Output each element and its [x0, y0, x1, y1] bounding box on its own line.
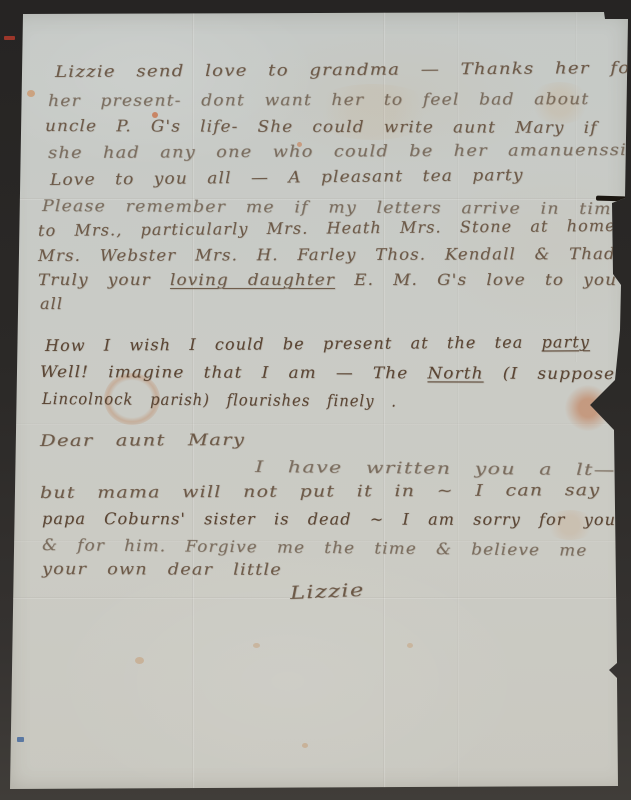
underlined-words: loving daughter: [170, 270, 335, 289]
stain-speck: [407, 643, 413, 648]
letter-photo: Lizzie send love to grandma — Thanks her…: [0, 0, 631, 800]
letter-line-17: papa Coburns' sister is dead ~ I am sorr…: [42, 509, 616, 529]
line-segment: E. M. G's love to you: [335, 270, 617, 289]
stain-speck: [253, 643, 260, 648]
letter-line-7: to Mrs., particularly Mrs. Heath Mrs. St…: [38, 216, 616, 240]
letter-line-6: Please remember me if my letters arrive …: [42, 196, 623, 218]
letter-line-18: & for him. Forgive me the time & believe…: [42, 535, 588, 560]
red-mark: [4, 36, 15, 40]
letter-line-4: she had any one who could be her amanuen…: [48, 140, 631, 162]
letter-line-1: Lizzie send love to grandma — Thanks her…: [55, 58, 631, 81]
letter-line-15: I have written you a lt—: [255, 457, 616, 479]
letter-paper: Lizzie send love to grandma — Thanks her…: [8, 12, 630, 790]
line-segment: Truly your: [38, 270, 170, 289]
letter-line-3: uncle P. G's life- She could write aunt …: [45, 116, 598, 137]
stain-speck: [27, 90, 35, 97]
letter-line-2: her present- dont want her to feel bad a…: [48, 89, 589, 110]
signature: Lizzie: [290, 580, 365, 604]
letter-line-13: Lincolnock parish) flourishes finely .: [42, 389, 397, 410]
line-segment: (I suppose: [484, 364, 615, 383]
underlined-words: North: [427, 363, 483, 382]
letter-line-19: your own dear little: [42, 559, 282, 579]
letter-line-14: Dear aunt Mary: [40, 430, 245, 450]
letter-line-11: How I wish I could be present at the tea…: [45, 332, 590, 355]
line-segment: How I wish I could be present at the tea: [45, 333, 542, 355]
stain-speck: [302, 743, 308, 748]
blue-ink-mark: [17, 737, 24, 742]
letter-line-8: Mrs. Webster Mrs. H. Farley Thos. Kendal…: [38, 244, 616, 265]
letter-line-5: Love to you all — A pleasant tea party: [50, 165, 524, 189]
letter-line-16: but mama will not put it in ~ I can say: [40, 480, 600, 502]
stain-speck: [135, 657, 144, 664]
line-segment: Well! imagine that I am — The: [40, 362, 428, 382]
underlined-words: party: [541, 332, 590, 351]
horizontal-fold-crease: [8, 423, 630, 426]
letter-line-10: all: [40, 294, 63, 313]
letter-line-9: Truly your loving daughter E. M. G's lov…: [38, 270, 617, 289]
letter-line-12: Well! imagine that I am — The North (I s…: [40, 362, 615, 383]
